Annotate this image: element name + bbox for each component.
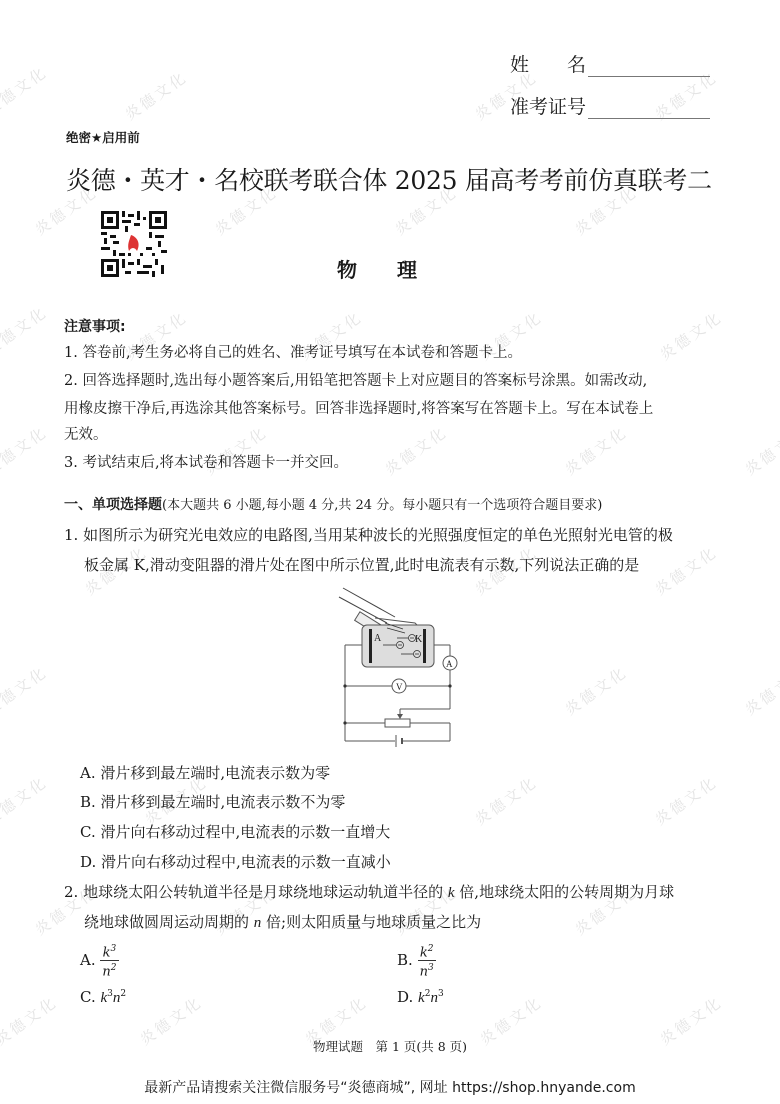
question-1-text-cont: 板金属 K,滑动变阻器的滑片处在图中所示位置,此时电流表有示数,下列说法正确的是 xyxy=(84,554,639,575)
photoelectric-circuit-figure: A K A V xyxy=(325,583,470,748)
section-title: 一、单项选择题 xyxy=(64,497,162,513)
option-label: D. xyxy=(397,988,413,1006)
q1-option-d: D. 滑片向右移动过程中,电流表的示数一直减小 xyxy=(80,851,391,872)
qr-code-icon xyxy=(101,211,167,277)
watermark: 炎德文化 xyxy=(470,771,541,830)
q2-option-c: C. k3n2 xyxy=(80,988,126,1007)
q2-text: 倍,地球绕太阳的公转周期为月球 xyxy=(455,883,675,901)
watermark: 炎德文化 xyxy=(0,61,52,120)
fraction: k2 n3 xyxy=(418,942,436,980)
watermark: 炎德文化 xyxy=(560,421,631,480)
q2-text: 倍;则太阳质量与地球质量之比为 xyxy=(261,913,481,931)
name-label: 姓 名 xyxy=(510,50,586,77)
id-label: 准考证号 xyxy=(510,92,586,119)
svg-text:V: V xyxy=(396,682,403,692)
watermark: 炎德文化 xyxy=(740,661,780,720)
notice-item: 1. 答卷前,考生务必将自己的姓名、准考证号填写在本试卷和答题卡上。 xyxy=(64,340,522,366)
watermark: 炎德文化 xyxy=(655,306,726,365)
svg-text:K: K xyxy=(415,634,423,645)
q2-option-b: B. k2 n3 xyxy=(397,942,436,980)
question-2-text: 2. 地球绕太阳公转轨道半径是月球绕地球运动轨道半径的 k 倍,地球绕太阳的公转… xyxy=(64,881,674,902)
section-heading: 一、单项选择题(本大题共 6 小题,每小题 4 分,共 24 分。每小题只有一个… xyxy=(64,494,602,514)
option-label: B. xyxy=(397,951,413,969)
watermark: 炎德文化 xyxy=(650,771,721,830)
var-k: k xyxy=(448,885,455,901)
watermark: 炎德文化 xyxy=(0,661,52,720)
circuit-diagram-icon: A K A V xyxy=(325,583,470,748)
page-number: 物理试题 第 1 页(共 8 页) xyxy=(0,1037,780,1055)
notice-item: 用橡皮擦干净后,再选涂其他答案标号。回答非选择题时,将答案写在答题卡上。写在本试… xyxy=(64,396,653,422)
watermark: 炎德文化 xyxy=(120,66,191,125)
q1-option-c: C. 滑片向右移动过程中,电流表的示数一直增大 xyxy=(80,821,390,842)
name-blank xyxy=(588,54,710,77)
watermark: 炎德文化 xyxy=(560,661,631,720)
watermark: 炎德文化 xyxy=(0,771,52,830)
svg-text:A: A xyxy=(446,659,453,669)
q1-option-a: A. 滑片移到最左端时,电流表示数为零 xyxy=(80,762,330,783)
exam-title: 炎德・英才・名校联考联合体 2025 届高考考前仿真联考二 xyxy=(66,161,712,197)
notice-item: 无效。 xyxy=(64,422,108,448)
watermark: 炎德文化 xyxy=(650,541,721,600)
q1-option-b: B. 滑片移到最左端时,电流表示数不为零 xyxy=(80,791,345,812)
notice-item: 3. 考试结束后,将本试卷和答题卡一并交回。 xyxy=(64,450,348,476)
q2-text: 绕地球做圆周运动周期的 xyxy=(84,913,254,931)
notice-item: 2. 回答选择题时,选出每小题答案后,用铅笔把答题卡上对应题目的答案标号涂黑。如… xyxy=(64,368,647,394)
id-blank xyxy=(588,96,710,119)
svg-text:A: A xyxy=(374,633,382,644)
q2-option-d: D. k2n3 xyxy=(397,988,444,1007)
question-1-text: 1. 如图所示为研究光电效应的电路图,当用某种波长的光照强度恒定的单色光照射光电… xyxy=(64,524,673,545)
option-label: A. xyxy=(80,951,96,969)
id-field: 准考证号 xyxy=(510,92,710,119)
qr-code xyxy=(101,211,167,277)
q2-text: 2. 地球绕太阳公转轨道半径是月球绕地球运动轨道半径的 xyxy=(64,883,448,901)
watermark: 炎德文化 xyxy=(0,421,52,480)
section-desc: (本大题共 6 小题,每小题 4 分,共 24 分。每小题只有一个选项符合题目要… xyxy=(162,498,602,513)
promo-footer: 最新产品请搜索关注微信服务号“炎德商城”, 网址 https://shop.hn… xyxy=(0,1077,780,1097)
watermark: 炎德文化 xyxy=(740,421,780,480)
question-2-text-cont: 绕地球做圆周运动周期的 n 倍;则太阳质量与地球质量之比为 xyxy=(84,911,481,932)
fraction: k3 n2 xyxy=(100,942,118,980)
q2-option-a: A. k3 n2 xyxy=(80,942,119,980)
subject-title: 物 理 xyxy=(337,254,417,283)
confidential-label: 绝密★启用前 xyxy=(66,128,140,146)
notice-title: 注意事项: xyxy=(64,316,126,336)
watermark: 炎德文化 xyxy=(380,421,451,480)
option-label: C. xyxy=(80,988,96,1006)
name-field: 姓 名 xyxy=(510,50,710,77)
watermark: 炎德文化 xyxy=(0,301,52,360)
